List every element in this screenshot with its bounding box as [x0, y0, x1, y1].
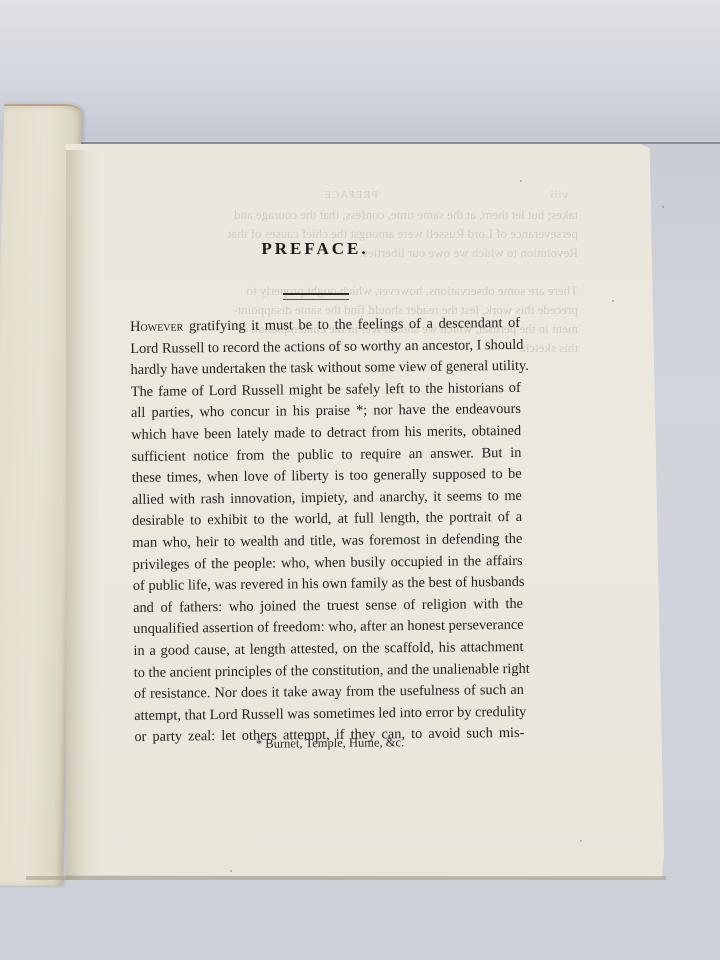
page-bottom-edge	[26, 876, 666, 880]
paper-speck	[662, 206, 664, 208]
drop-word: However	[130, 318, 183, 335]
paper-speck	[580, 840, 582, 842]
paper-speck	[520, 180, 522, 182]
page-title: PREFACE.	[0, 239, 630, 259]
paper-speck	[230, 870, 232, 872]
paper-speck	[612, 300, 614, 302]
background-surface	[0, 0, 720, 140]
footnote: * Burnet, Temple, Hume, &c.	[256, 735, 404, 752]
preface-body: However gratifying it must be to the fee…	[130, 313, 525, 749]
heading-rule-divider	[283, 293, 349, 300]
book-edge-line	[60, 142, 720, 144]
